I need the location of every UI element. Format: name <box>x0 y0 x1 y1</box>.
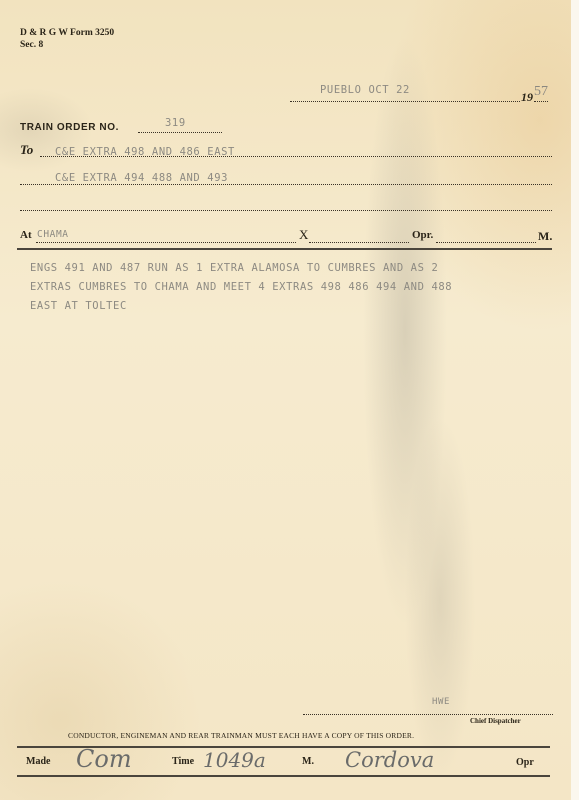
x-dots <box>309 242 409 243</box>
place-date-value: PUEBLO OCT 22 <box>320 84 410 96</box>
dispatcher-label: Chief Dispatcher <box>470 717 521 725</box>
order-body-line-2: EXTRAS CUMBRES TO CHAMA AND MEET 4 EXTRA… <box>30 281 452 293</box>
date-line-dots <box>290 101 520 102</box>
to-line-2: C&E EXTRA 494 488 AND 493 <box>55 172 228 184</box>
at-divider <box>17 248 552 250</box>
year-dots <box>534 101 548 102</box>
time-value: 1049a <box>203 748 266 772</box>
year-prefix: 19 <box>521 90 533 105</box>
at-dots <box>36 242 296 243</box>
to-line-2-dots <box>20 184 552 185</box>
made-value: Com <box>76 745 132 773</box>
year-suffix: 57 <box>534 84 548 100</box>
to-line-1: C&E EXTRA 498 AND 486 EAST <box>55 146 235 158</box>
train-order-dots <box>138 132 222 133</box>
dispatcher-dots <box>303 714 553 715</box>
made-label: Made <box>26 756 50 767</box>
order-body-line-1: ENGS 491 AND 487 RUN AS 1 EXTRA ALAMOSA … <box>30 262 438 274</box>
opr-dots <box>436 242 536 243</box>
opr-footer-label: Opr <box>516 757 534 768</box>
to-line-3-dots <box>20 210 552 211</box>
train-order-number: 319 <box>165 117 186 129</box>
form-id: D & R G W Form 3250 <box>20 28 114 38</box>
operator-value: Cordova <box>345 748 434 772</box>
time-m-label: M. <box>302 756 314 767</box>
to-label: To <box>20 142 33 158</box>
x-label: X <box>299 227 308 243</box>
train-order-label: TRAIN ORDER NO. <box>20 122 119 133</box>
footer-bottom-divider <box>17 775 550 777</box>
form-section: Sec. 8 <box>20 40 43 50</box>
at-label: At <box>20 229 32 241</box>
order-body-line-3: EAST AT TOLTEC <box>30 300 127 312</box>
opr-label: Opr. <box>412 229 433 241</box>
time-label: Time <box>172 756 194 767</box>
copy-notice: CONDUCTOR, ENGINEMAN AND REAR TRAINMAN M… <box>68 731 414 740</box>
dispatcher-initials: HWE <box>432 697 450 707</box>
paper-edge <box>571 0 579 800</box>
train-order-form <box>0 0 571 800</box>
at-value: CHAMA <box>37 229 69 240</box>
m-label: M. <box>538 229 552 244</box>
